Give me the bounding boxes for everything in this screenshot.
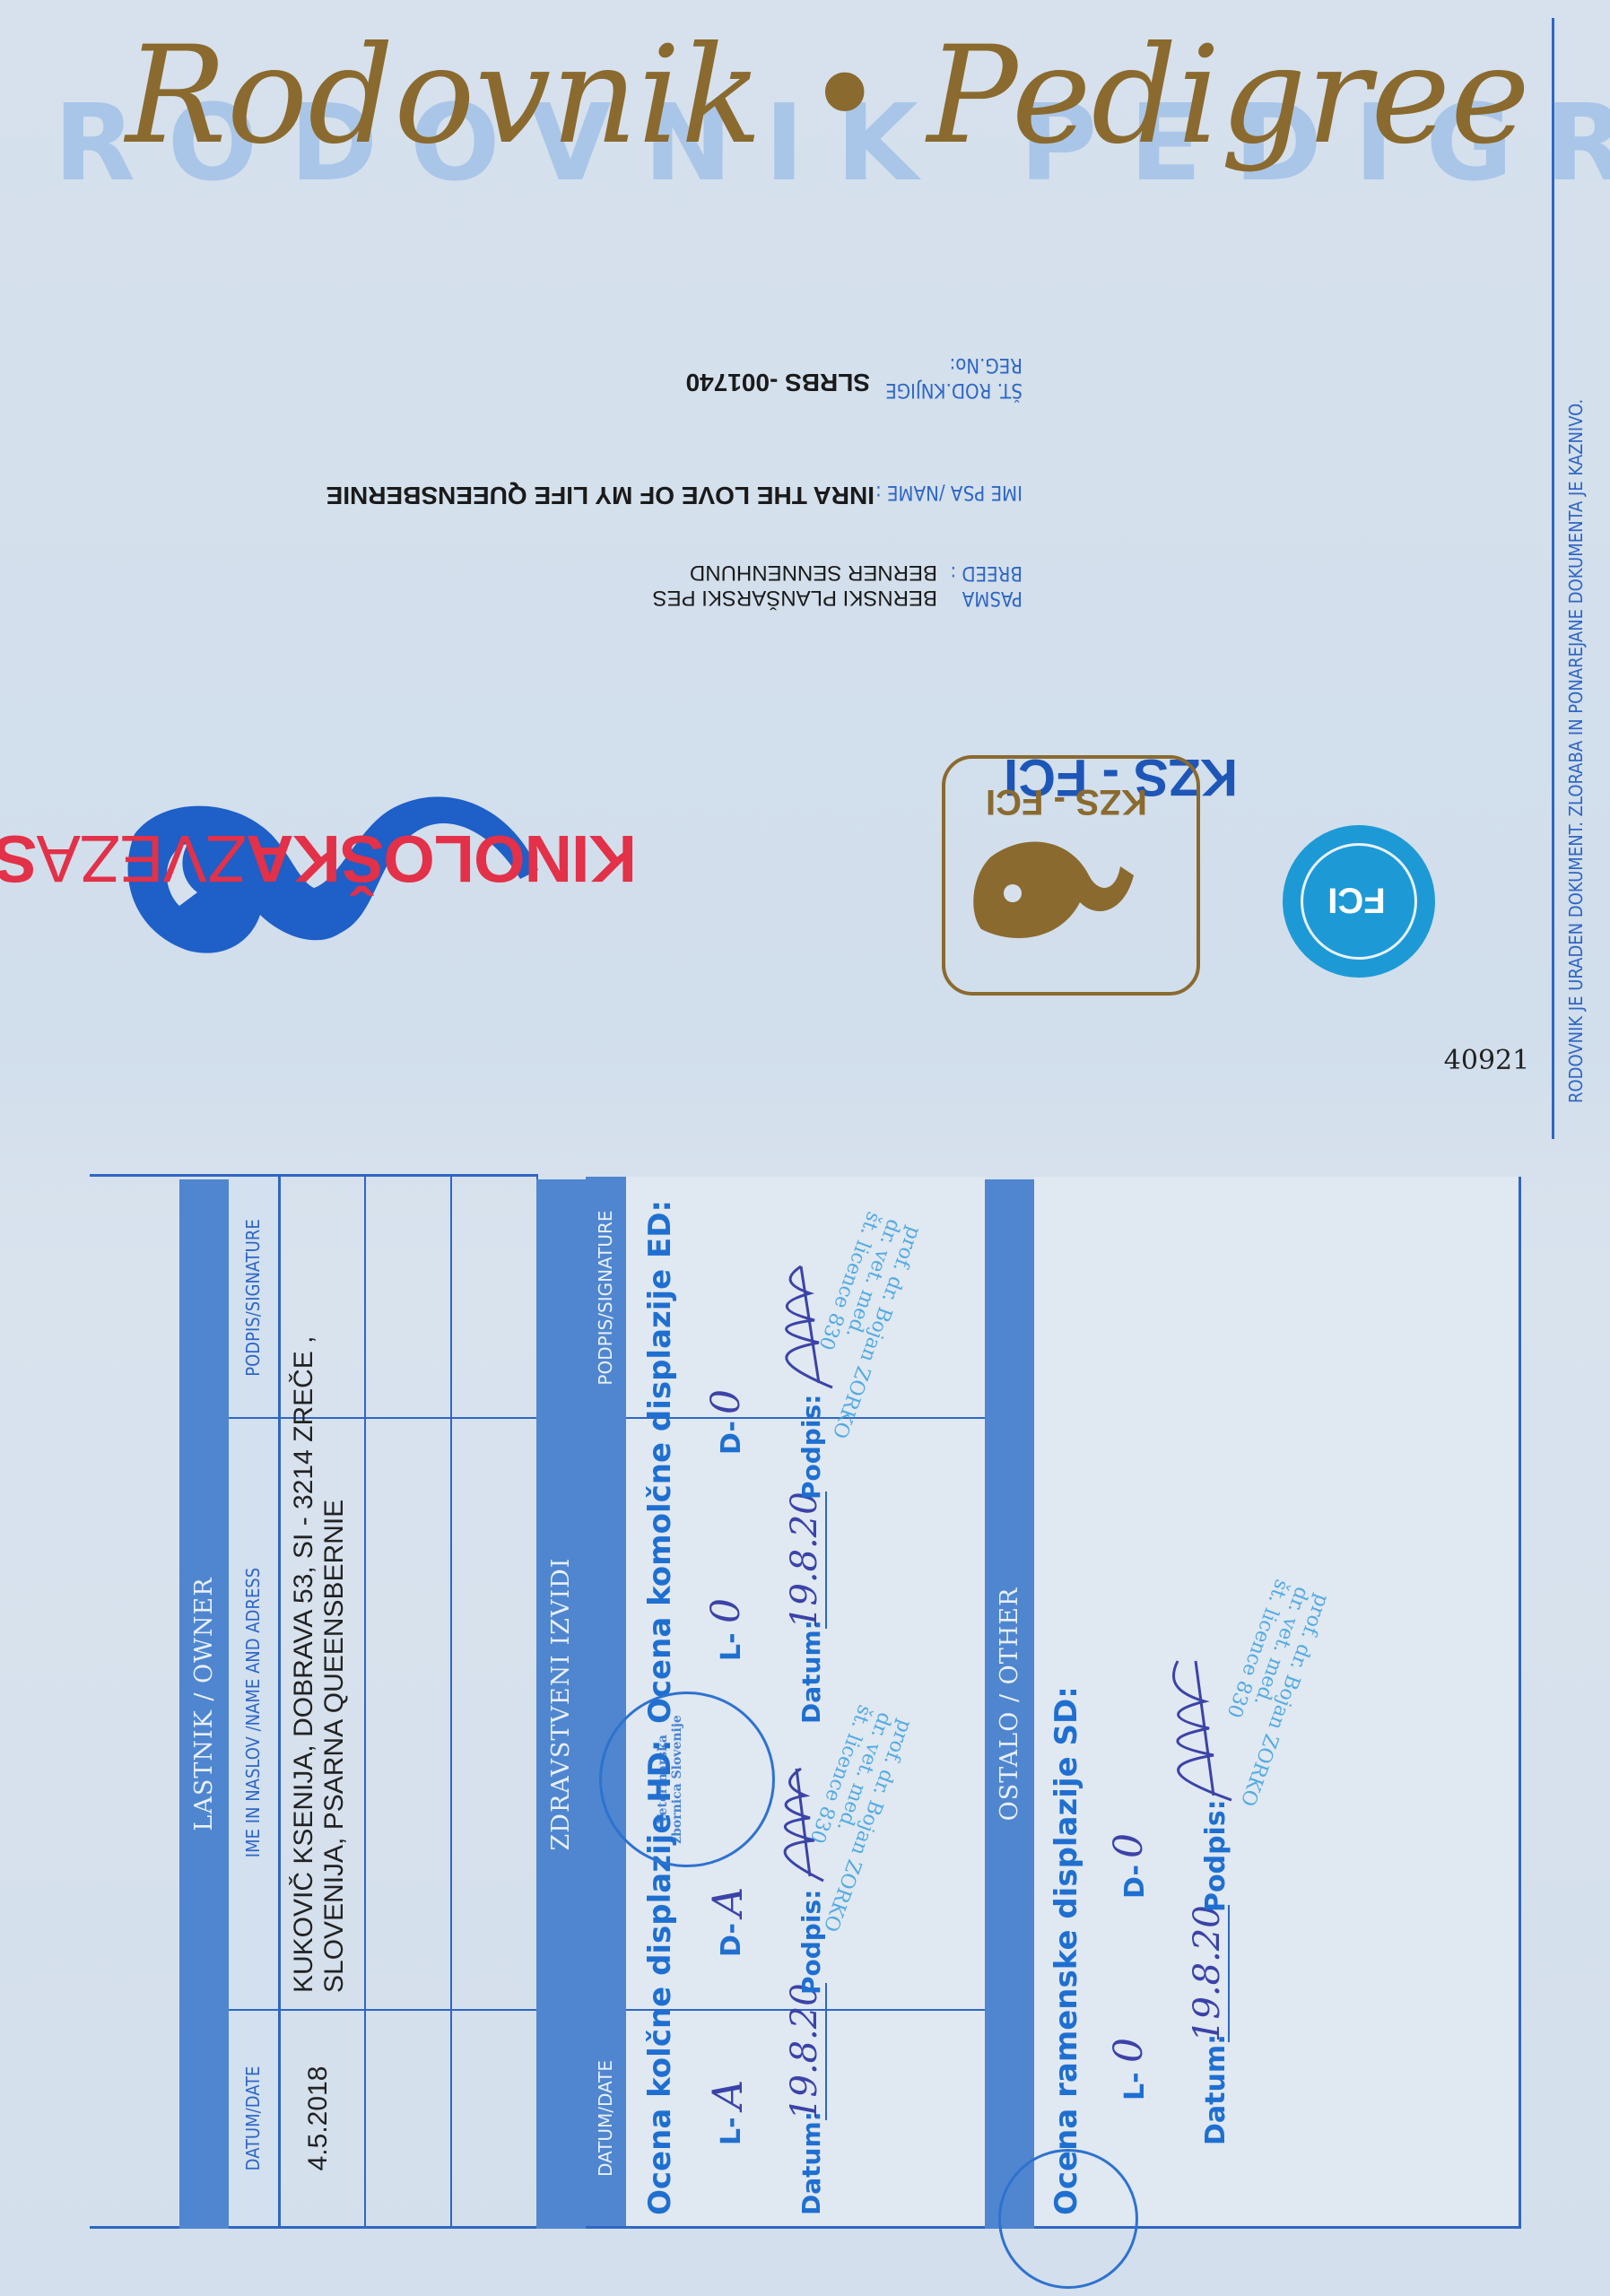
col-header-signature: PODPIS/SIGNATURE [242, 1181, 264, 1414]
hip-date-value: 19.8.20 [784, 1983, 827, 2120]
records-page: LASTNIK / OWNER DATUM/DATE IME IN NASLOV… [90, 1139, 1525, 2296]
shoulder-right-value: 0 [1106, 1833, 1152, 1858]
org-name: KINOLOŠKAZVEZASLOVENIJE [0, 821, 637, 897]
breed-label-1: PASMA [962, 585, 1023, 610]
breed-label-2: BREED : [950, 560, 1023, 585]
other-section-title: OSTALO / OTHER [985, 1179, 1034, 2229]
owner-date: 4.5.2018 [303, 2011, 334, 2226]
dog-name-value: INRA THE LOVE OF MY LIFE QUEENSBERNIE [326, 481, 875, 509]
shoulder-right-label: D- [1119, 1865, 1151, 1899]
shoulder-signature-label: Podpis: [1200, 1799, 1231, 1912]
shoulder-left-label: L- [1119, 2072, 1151, 2100]
health-column-headers: DATUM/DATE PODPIS/SIGNATURE [586, 1177, 626, 2229]
reg-label-2: REG.No: [950, 352, 1023, 377]
kzs-dog-emblem-icon [108, 780, 556, 1013]
hip-right-label: D- [716, 1923, 747, 1957]
col-header-date: DATUM/DATE [595, 2011, 616, 2226]
shoulder-date-label: Datum: [1200, 2034, 1231, 2145]
owner-column-headers: DATUM/DATE IME IN NASLOV /NAME AND ADRES… [229, 1177, 278, 2229]
cover-page: RODOVNIK PEDIGREE Rodovnik • Pedigree KI… [0, 0, 1610, 1139]
reg-number: SLRBS -001740 [686, 368, 870, 396]
owner-name-line2: SLOVENIJA, PSARNA QUEENSBERNIE [319, 1500, 350, 1993]
elbow-left-value: 0 [703, 1598, 749, 1623]
owner-name-line1: KUKOVIČ KSENIJA, DOBRAVA 53, SI - 3214 Z… [289, 1336, 319, 1993]
fci-logo-icon: FCI [1283, 825, 1435, 978]
table-row [364, 1177, 450, 2226]
col-header-name: IME IN NASLOV /NAME AND ADRESS [242, 1419, 264, 2006]
reg-label-1: ŠT. ROD.KNJIGE [885, 377, 1023, 402]
vet-chamber-stamp-other [998, 2149, 1138, 2289]
shoulder-label: Ocena ramenske displazije SD: [1049, 1686, 1084, 2215]
breed-value-2: BERNER SENNENHUND [690, 560, 937, 585]
kzs-gold-emblem: KZS - FCI [942, 755, 1200, 996]
footer-note: RODOVNIK JE URADEN DOKUMENT. ZLORABA IN … [1565, 399, 1587, 1103]
table-row [450, 1177, 536, 2226]
shoulder-left-value: 0 [1106, 2038, 1152, 2063]
owner-section-title: LASTNIK / OWNER [179, 1179, 229, 2229]
org-block: KINOLOŠKAZVEZASLOVENIJE [90, 691, 897, 1013]
breed-value-1: BERNSKI PLANŠARSKI PES [653, 585, 937, 610]
elbow-right-label: D- [716, 1421, 747, 1455]
elbow-label: Ocena komolčne displazije ED: [642, 1200, 678, 1724]
hip-date-label: Datum: [796, 2111, 826, 2215]
table-row: 4.5.2018 KUKOVIČ KSENIJA, DOBRAVA 53, SI… [278, 1177, 364, 2226]
elbow-date-value: 19.8.20 [784, 1492, 827, 1629]
health-content: Ocena kolčne displazije HD: L- A D- A Da… [626, 1177, 985, 2229]
elbow-date-label: Datum: [796, 1620, 826, 1724]
hip-right-value: A [703, 1887, 752, 1917]
pedigree-sheet: LASTNIK / OWNER DATUM/DATE IME IN NASLOV… [0, 0, 1610, 2296]
other-content: Ocena ramenske displazije SD: L- 0 D- 0 … [1034, 1177, 1521, 2229]
footer-rule [1552, 18, 1554, 1139]
vet-chamber-stamp: Veterinarska zbornica Slovenije [599, 1692, 775, 1867]
hip-left-label: L- [716, 2117, 747, 2145]
dog-info: PASMA BREED : BERNSKI PLANŠARSKI PES BER… [215, 251, 1023, 610]
cover-title: RODOVNIK PEDIGREE Rodovnik • Pedigree [0, 9, 1610, 188]
shoulder-date-value: 19.8.20 [1187, 1905, 1230, 2042]
elbow-left-label: L- [716, 1632, 747, 1661]
dog-name-label: IME PSA /NAME : [875, 479, 1023, 504]
hip-left-value: A [703, 2080, 752, 2109]
col-header-signature: PODPIS/SIGNATURE [595, 1181, 616, 1414]
col-header-date: DATUM/DATE [242, 2011, 264, 2226]
health-section-title: ZDRAVSTVENI IZVIDI [536, 1179, 586, 2229]
gold-dog-emblem-icon [963, 822, 1143, 956]
elbow-right-value: 0 [703, 1389, 749, 1414]
title-script: Rodovnik • Pedigree [126, 18, 1530, 174]
